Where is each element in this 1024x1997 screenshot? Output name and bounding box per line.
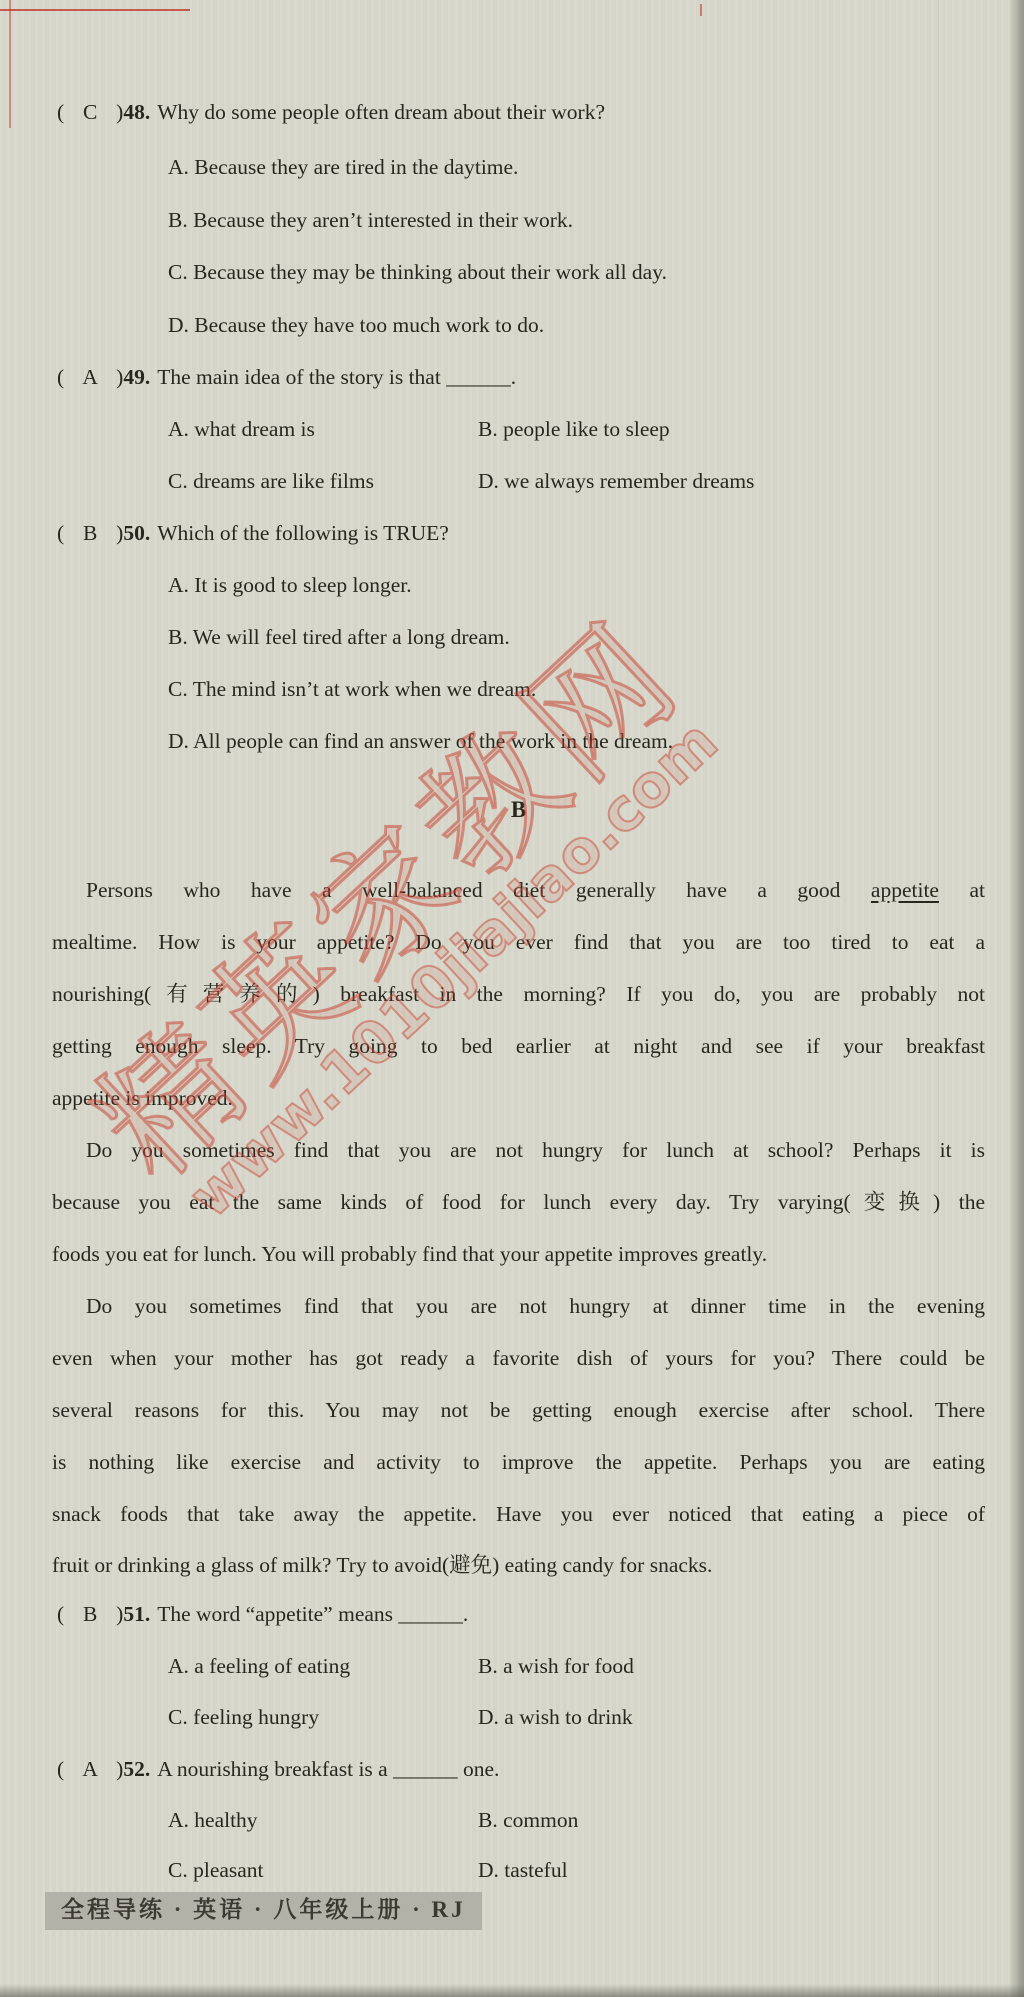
passage-p3-line3: several reasons for this. You may not be… bbox=[52, 1396, 985, 1426]
option-row-52-ab: A. healthy B. common bbox=[0, 1806, 1024, 1836]
passage-p3-line5: snack foods that take away the appetite.… bbox=[52, 1500, 985, 1530]
red-registration-line-vertical bbox=[9, 0, 11, 128]
option-row-49-ab: A. what dream is B. people like to sleep bbox=[0, 415, 1024, 445]
passage-p2-line2: because you eat the same kinds of food f… bbox=[52, 1188, 985, 1218]
question-48: (C)48.Why do some people often dream abo… bbox=[57, 98, 997, 128]
red-registration-tick bbox=[700, 4, 702, 16]
option-48-a: A. Because they are tired in the daytime… bbox=[168, 153, 1008, 183]
question-number-51: 51. bbox=[123, 1602, 150, 1626]
option-row-52-cd: C. pleasant D. tasteful bbox=[0, 1856, 1024, 1886]
scanned-workbook-page: (C)48.Why do some people often dream abo… bbox=[0, 0, 1024, 1997]
section-b-heading: B bbox=[52, 796, 985, 826]
option-row-51-cd: C. feeling hungry D. a wish to drink bbox=[0, 1703, 1024, 1733]
option-49-c: C. dreams are like films bbox=[168, 467, 374, 495]
answer-paren-open: ( bbox=[57, 1600, 64, 1628]
question-number-48: 48. bbox=[123, 100, 150, 124]
question-50: (B)50.Which of the following is TRUE? bbox=[57, 519, 997, 549]
option-51-c: C. feeling hungry bbox=[168, 1703, 319, 1731]
option-52-d: D. tasteful bbox=[478, 1856, 568, 1884]
option-50-c: C. The mind isn’t at work when we dream. bbox=[168, 675, 1008, 705]
red-registration-line-horizontal bbox=[0, 9, 190, 11]
passage-p1-line1: Persons who have a well-balanced diet ge… bbox=[52, 876, 985, 906]
question-number-50: 50. bbox=[123, 521, 150, 545]
option-48-c: C. Because they may be thinking about th… bbox=[168, 258, 1008, 288]
question-stem-51: The word “appetite” means ______. bbox=[157, 1602, 468, 1626]
question-number-52: 52. bbox=[123, 1757, 150, 1781]
passage-p1-line4: getting enough sleep. Try going to bed e… bbox=[52, 1032, 985, 1062]
passage-p2-line3: foods you eat for lunch. You will probab… bbox=[52, 1240, 985, 1270]
passage-text: Persons who have a well-balanced diet ge… bbox=[86, 878, 871, 902]
underlined-word-appetite: appetite bbox=[871, 878, 939, 902]
passage-p3-line6: fruit or drinking a glass of milk? Try t… bbox=[52, 1551, 985, 1581]
option-50-a: A. It is good to sleep longer. bbox=[168, 571, 1008, 601]
question-51: (B)51.The word “appetite” means ______. bbox=[57, 1600, 997, 1630]
option-52-a: A. healthy bbox=[168, 1806, 258, 1834]
option-49-d: D. we always remember dreams bbox=[478, 467, 754, 495]
footer-book-title: 全程导练 · 英语 · 八年级上册 · RJ bbox=[45, 1892, 482, 1930]
passage-p3-line1: Do you sometimes find that you are not h… bbox=[52, 1292, 985, 1322]
answer-letter-49: A bbox=[64, 363, 116, 391]
answer-paren-open: ( bbox=[57, 519, 64, 547]
option-51-a: A. a feeling of eating bbox=[168, 1652, 350, 1680]
passage-text: at bbox=[939, 878, 985, 902]
question-stem-49: The main idea of the story is that _____… bbox=[157, 365, 516, 389]
question-stem-50: Which of the following is TRUE? bbox=[157, 521, 449, 545]
question-stem-52: A nourishing breakfast is a ______ one. bbox=[157, 1757, 499, 1781]
passage-p3-line4: is nothing like exercise and activity to… bbox=[52, 1448, 985, 1478]
passage-p2-line1: Do you sometimes find that you are not h… bbox=[52, 1136, 985, 1166]
option-49-b: B. people like to sleep bbox=[478, 415, 670, 443]
option-49-a: A. what dream is bbox=[168, 415, 315, 443]
scan-edge-shadow-right bbox=[1008, 0, 1024, 1997]
option-48-b: B. Because they aren’t interested in the… bbox=[168, 206, 1008, 236]
option-52-b: B. common bbox=[478, 1806, 578, 1834]
answer-paren-open: ( bbox=[57, 98, 64, 126]
answer-paren-open: ( bbox=[57, 1755, 64, 1783]
option-48-d: D. Because they have too much work to do… bbox=[168, 311, 1008, 341]
option-50-b: B. We will feel tired after a long dream… bbox=[168, 623, 1008, 653]
option-row-51-ab: A. a feeling of eating B. a wish for foo… bbox=[0, 1652, 1024, 1682]
question-stem-48: Why do some people often dream about the… bbox=[157, 100, 605, 124]
option-row-49-cd: C. dreams are like films D. we always re… bbox=[0, 467, 1024, 497]
passage-p3-line2: even when your mother has got ready a fa… bbox=[52, 1344, 985, 1374]
passage-p1-line3: nourishing(有营养的) breakfast in the mornin… bbox=[52, 980, 985, 1010]
scan-edge-shadow-bottom bbox=[0, 1984, 1024, 1997]
question-52: (A)52.A nourishing breakfast is a ______… bbox=[57, 1755, 997, 1785]
option-51-d: D. a wish to drink bbox=[478, 1703, 633, 1731]
option-52-c: C. pleasant bbox=[168, 1856, 264, 1884]
answer-letter-50: B bbox=[64, 519, 116, 547]
option-51-b: B. a wish for food bbox=[478, 1652, 634, 1680]
answer-paren-open: ( bbox=[57, 363, 64, 391]
question-number-49: 49. bbox=[123, 365, 150, 389]
answer-letter-48: C bbox=[64, 98, 116, 126]
answer-letter-51: B bbox=[64, 1600, 116, 1628]
option-50-d: D. All people can find an answer of the … bbox=[168, 727, 1008, 757]
passage-p1-line2: mealtime. How is your appetite? Do you e… bbox=[52, 928, 985, 958]
answer-letter-52: A bbox=[64, 1755, 116, 1783]
passage-p1-line5: appetite is improved. bbox=[52, 1084, 985, 1114]
watermark-url-text: www.1010jiajiao.com bbox=[136, 672, 769, 1265]
question-49: (A)49.The main idea of the story is that… bbox=[57, 363, 997, 393]
